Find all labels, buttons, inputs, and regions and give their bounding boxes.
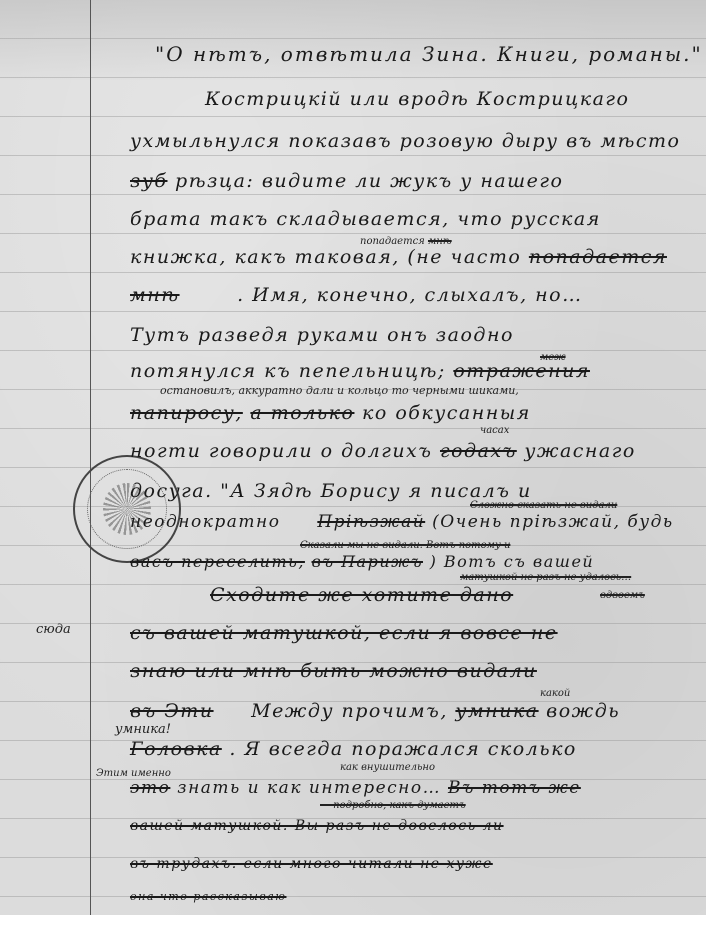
insertion-note: часах	[480, 425, 509, 436]
line-text: ужаснаго	[524, 440, 635, 462]
insertion-note: Сложно сказать не видали	[470, 500, 617, 511]
insertion-note: — подробно, какъ думаетъ	[320, 800, 466, 811]
line-text: неоднократно	[130, 512, 280, 532]
manuscript-line: неоднократно Пріѣзжай (Очень пріѣзжай, б…	[130, 512, 674, 532]
manuscript-line: папиросу, а только ко обкусанныя	[130, 402, 531, 424]
struck-text: папиросу,	[130, 402, 243, 424]
line-text: знать и как интересно…	[177, 778, 441, 798]
manuscript-line: зуб рѣзца: видите ли жукъ у нашего	[130, 170, 563, 192]
struck-text: годахъ	[440, 440, 517, 462]
margin-rule	[90, 0, 91, 915]
manuscript-line: ногти говорили о долгихъ годахъ ужаснаго	[130, 440, 636, 462]
manuscript-line: знаю или мнѣ быть можно видали	[130, 660, 537, 682]
insertion-note: остановилъ, аккуратно дали и кольцо то ч…	[160, 384, 519, 397]
line-text: (Очень пріѣзжай, будь	[432, 512, 674, 532]
manuscript-line: Кострицкій или вродѣ Кострицкаго	[205, 88, 629, 110]
struck-text: отражения	[453, 360, 590, 382]
manuscript-line: книжка, какъ таковая, (не часто попадает…	[130, 246, 667, 268]
line-text: . Я всегда поражался сколько	[229, 738, 577, 760]
manuscript-line: съ вашей матушкой, если я вовсе не	[130, 622, 558, 644]
struck-text: мнѣ	[130, 284, 180, 306]
struck-text: это	[130, 778, 170, 798]
line-text: книжка, какъ таковая, (не часто	[130, 246, 521, 268]
manuscript-line: Сходите же хотите дано	[210, 584, 513, 606]
struck-text: умника	[455, 700, 538, 722]
manuscript-line: Головка . Я всегда поражался сколько	[130, 738, 577, 760]
struck-text: Пріѣзжай	[317, 512, 425, 532]
manuscript-line: брата такъ складывается, что русская	[130, 208, 601, 230]
manuscript-line: ухмыльнулся показавъ розовую дыру въ мѣс…	[130, 130, 680, 152]
manuscript-line: она что рассказываю	[130, 890, 286, 903]
manuscript-line: умника!	[115, 722, 171, 737]
manuscript-line: васъ переселить, въ Парижъ ) Вотъ съ ваш…	[130, 552, 594, 571]
manuscript-line: потянулся къ пепельницѣ; отражения	[130, 360, 590, 382]
struck-text: зуб	[130, 170, 167, 192]
line-text: рѣзца: видите ли жукъ у нашего	[175, 170, 563, 192]
struck-text: Головка	[130, 738, 222, 760]
line-text: . Имя, конечно, слыхалъ, но…	[237, 284, 583, 306]
manuscript-page: "О нѣтъ, отвѣтила Зина. Книги, романы." …	[0, 0, 706, 915]
manuscript-line: въ трудахъ. если много читали не хуже	[130, 856, 493, 872]
insertion-note: как внушительно	[340, 762, 435, 773]
manuscript-line: досуга. "А Зядѣ Борису я писалъ и	[130, 480, 532, 502]
line-text: ногти говорили о долгихъ	[130, 440, 432, 462]
insertion-note: вдвоемъ	[600, 590, 645, 601]
struck-text: Въ тотъ же	[448, 778, 581, 798]
struck-text: васъ переселить,	[130, 552, 305, 571]
struck-text: а только	[250, 402, 354, 424]
insertion-note: матушкой не разъ не удалось…	[460, 572, 631, 583]
manuscript-line: Тутъ разведя руками онъ заодно	[130, 324, 514, 346]
line-text: ) Вотъ съ вашей	[430, 552, 595, 571]
line-text: вождь	[546, 700, 620, 722]
struck-text: въ Парижъ	[312, 552, 423, 571]
manuscript-line: въ Эти Между прочимъ, умника вождь	[130, 700, 620, 722]
manuscript-line: мнѣ . Имя, конечно, слыхалъ, но…	[130, 284, 583, 306]
manuscript-line: вашей матушкой. Вы разъ не довелось ли	[130, 818, 504, 834]
struck-text: въ Эти	[130, 700, 214, 722]
manuscript-line: это знать и как интересно… Въ тотъ же	[130, 778, 581, 798]
stamp-seal-icon	[73, 455, 181, 563]
margin-note: сюда	[36, 622, 71, 637]
insertion-note: Сказали мы не видали. Вотъ потому и	[300, 540, 510, 551]
line-text: потянулся къ пепельницѣ;	[130, 360, 446, 382]
struck-text: попадается	[529, 246, 667, 268]
manuscript-line: "О нѣтъ, отвѣтила Зина. Книги, романы."	[155, 42, 703, 66]
line-text: ко обкусанныя	[362, 402, 531, 424]
insertion-note: какой	[540, 688, 570, 699]
line-text: Между прочимъ,	[251, 700, 448, 722]
